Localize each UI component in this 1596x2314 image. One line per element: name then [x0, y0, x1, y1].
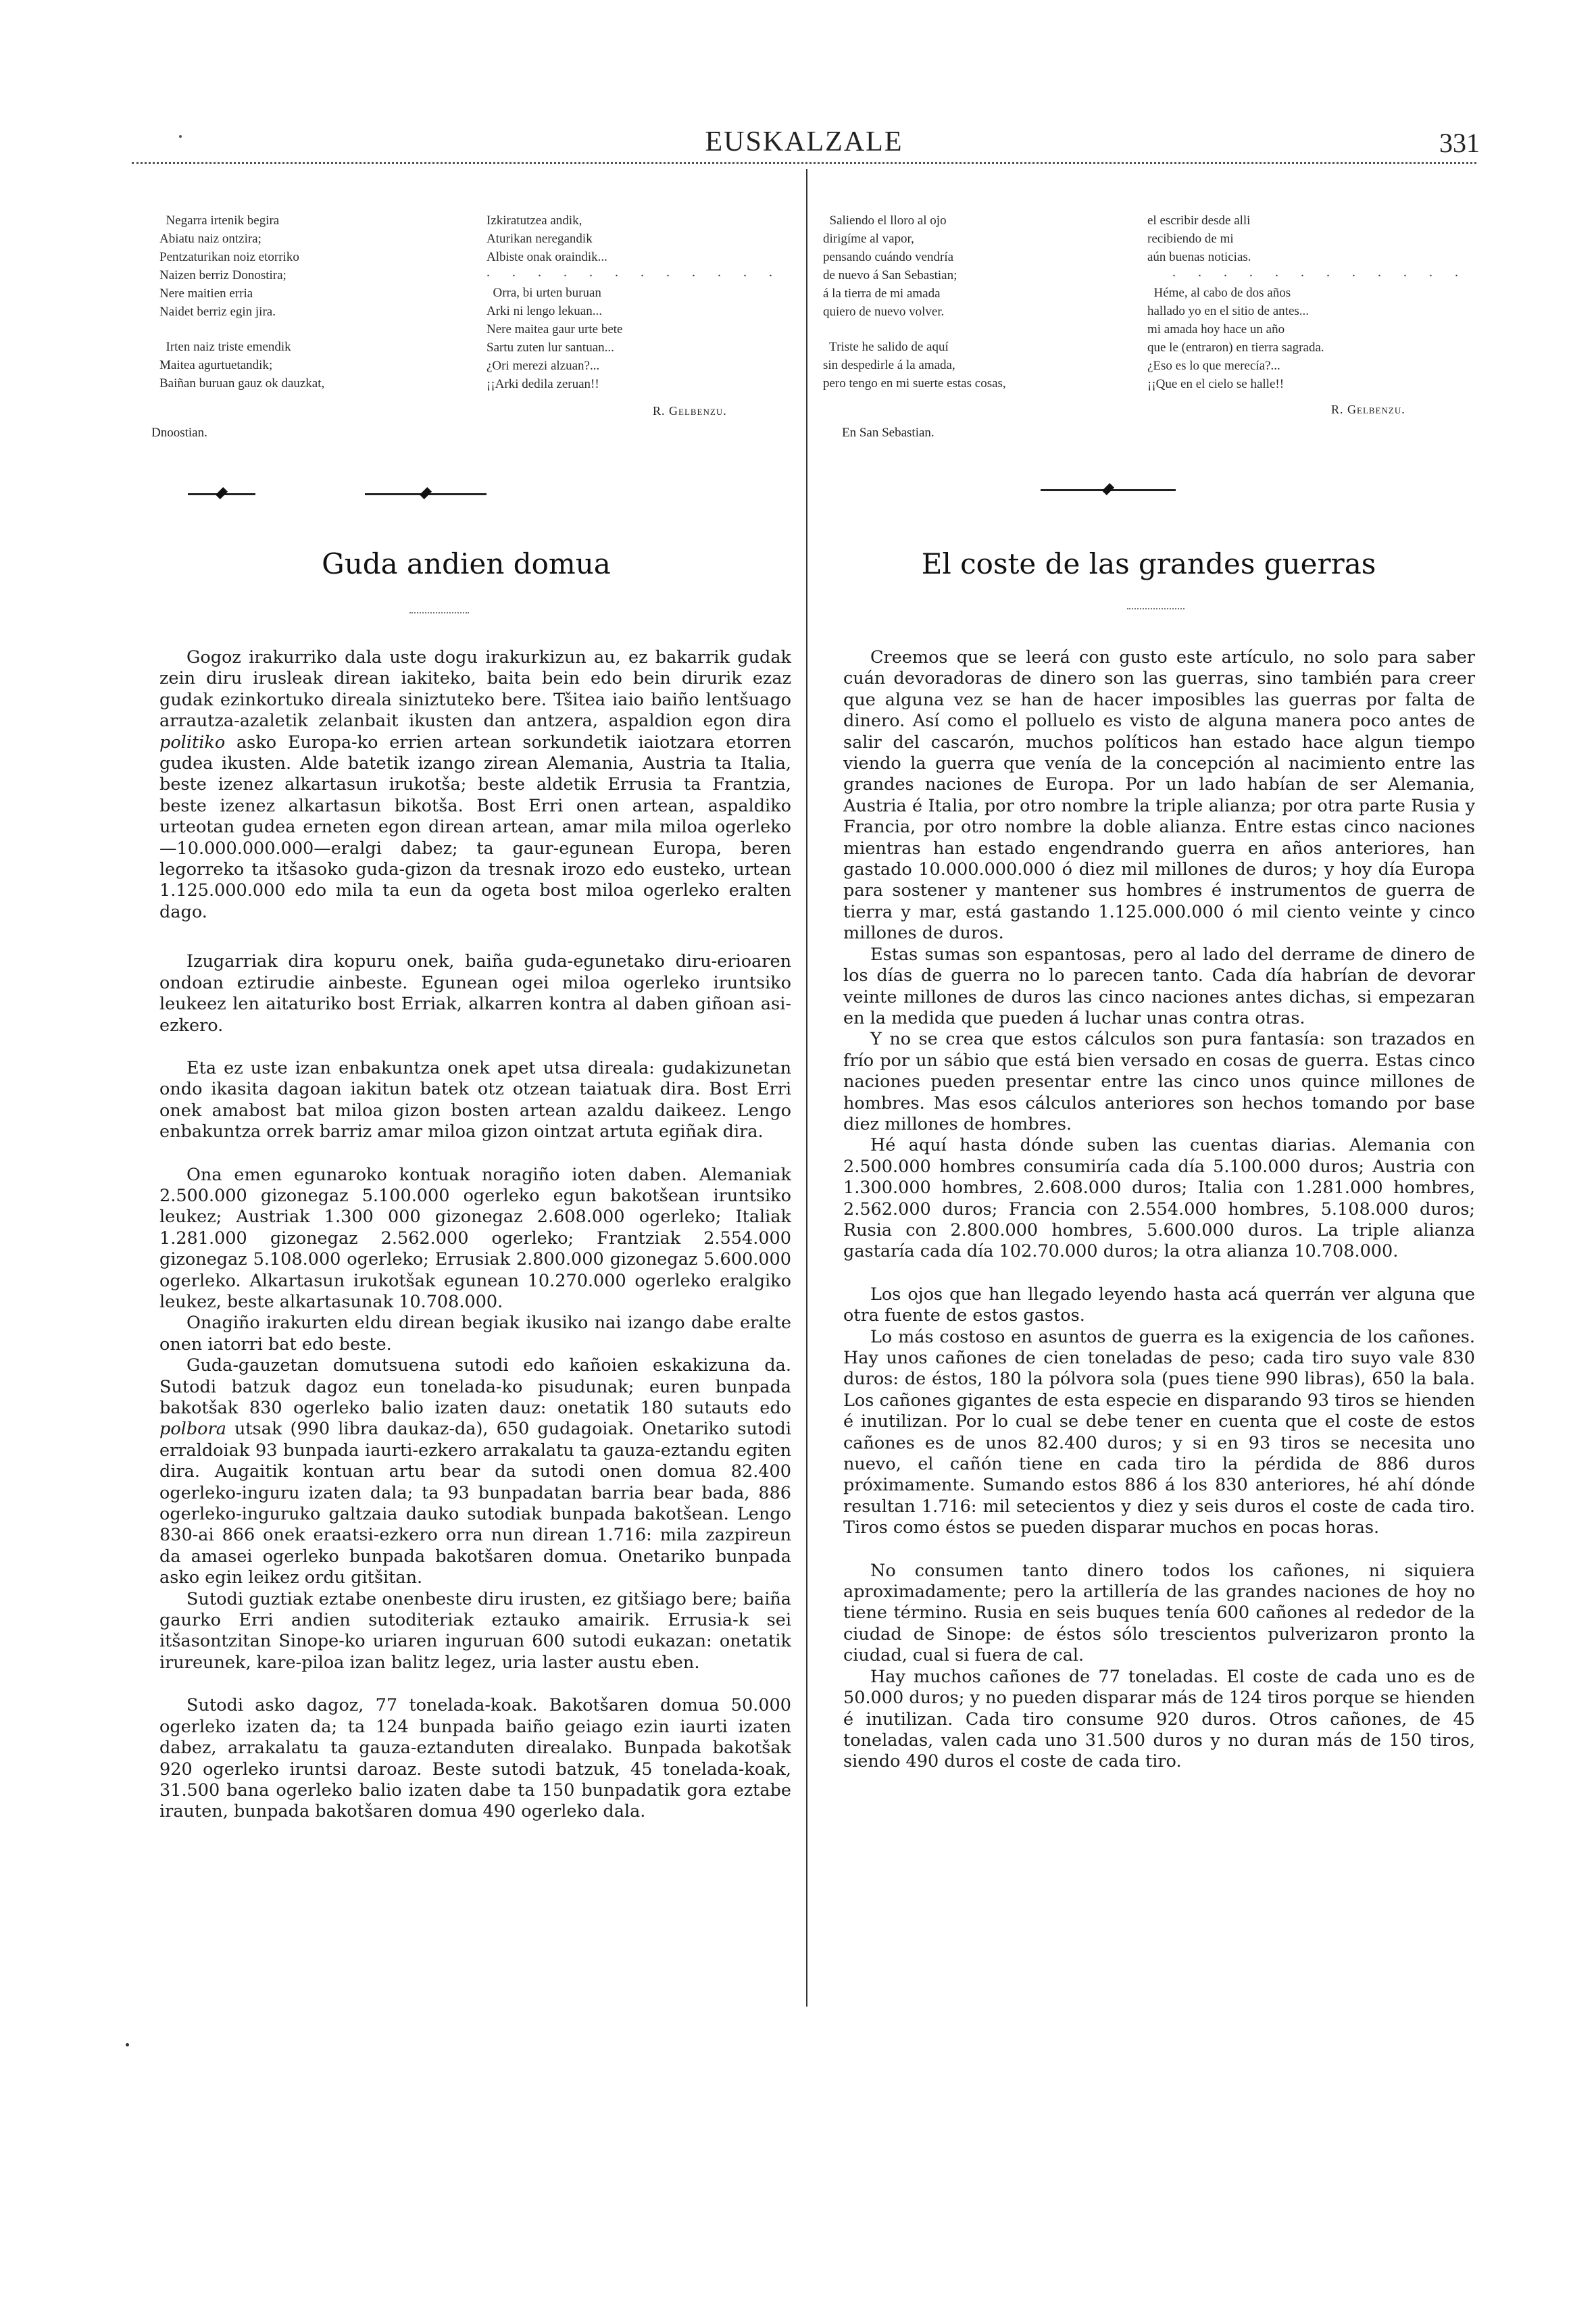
- basque-paragraph-6: Guda-gauzetan domutsuena sutodi edo kaño…: [159, 1355, 791, 1588]
- spanish-article-title: El coste de las grandes guerras: [824, 547, 1473, 580]
- basque-poem-signature: R. Gelbenzu.: [653, 404, 727, 418]
- spanish-paragraph-5: Los ojos que han llegado leyendo hasta a…: [843, 1284, 1475, 1327]
- basque-paragraph-4: Ona emen egunaroko kontuak noragiño iote…: [159, 1165, 791, 1313]
- italic-term: polbora: [159, 1419, 226, 1439]
- basque-paragraph-7: Sutodi guztiak eztabe onenbeste diru iru…: [159, 1589, 791, 1674]
- basque-paragraph-8: Sutodi asko dagoz, 77 tonelada-koak. Bak…: [159, 1695, 791, 1822]
- spanish-title-underline: [1127, 608, 1184, 609]
- spanish-paragraph-1: Creemos que se leerá con gusto este artí…: [843, 647, 1475, 945]
- basque-poem-stanza-4: Orra, bi urten buruan Arki ni lengo leku…: [487, 284, 623, 393]
- page-number: 331: [1439, 127, 1480, 159]
- spanish-paragraph-8: Hay muchos cañones de 77 toneladas. El c…: [843, 1667, 1475, 1773]
- publication-title: EUSKALZALE: [676, 126, 932, 158]
- spanish-paragraph-3: Y no se crea que estos cálculos son pura…: [843, 1029, 1475, 1135]
- header-rule: [132, 162, 1476, 164]
- basque-poem-ellipsis: . . . . . . . . . . . .: [487, 265, 782, 280]
- spanish-poem-stanza-1: Saliendo el lloro al ojo dirigíme al vap…: [823, 211, 957, 321]
- basque-poem-stanza-3: Izkiratutzea andik, Aturikan neregandik …: [487, 211, 607, 266]
- basque-paragraph-5: Onagiño irakurten eldu direan begiak iku…: [159, 1313, 791, 1355]
- basque-title-underline: [409, 612, 469, 613]
- basque-poem-stanza-1: Negarra irtenik begira Abiatu naiz ontzi…: [159, 211, 299, 321]
- basque-poem-stanza-2: Irten naiz triste emendik Maitea agurtue…: [159, 338, 324, 393]
- basque-poem-place: Dnoostian.: [151, 426, 207, 441]
- spanish-paragraph-6: Lo más costoso en asuntos de guerra es l…: [843, 1327, 1475, 1539]
- spanish-poem-signature: R. Gelbenzu.: [1331, 403, 1405, 417]
- basque-paragraph-2: Izugarriak dira kopuru onek, baiña guda-…: [159, 951, 791, 1036]
- section-ornament-left: [188, 489, 255, 499]
- column-divider: [806, 169, 807, 2007]
- header-dot-ornament: [179, 135, 182, 138]
- basque-paragraph-1: Gogoz irakurriko dala uste dogu irakurki…: [159, 647, 791, 923]
- spanish-poem-stanza-3: el escribir desde alli recibiendo de mi …: [1147, 211, 1251, 266]
- basque-article-title: Guda andien domua: [162, 547, 770, 580]
- spanish-poem-stanza-2: Triste he salido de aquí sin despedirle …: [823, 338, 1006, 393]
- spanish-poem-stanza-4: Héme, al cabo de dos años hallado yo en …: [1147, 284, 1324, 393]
- margin-dot: [126, 2043, 129, 2046]
- basque-paragraph-3: Eta ez uste izan enbakuntza onek apet ut…: [159, 1058, 791, 1143]
- spanish-article-body: Creemos que se leerá con gusto este artí…: [843, 647, 1475, 1773]
- spanish-paragraph-4: Hé aquí hasta dónde suben las cuentas di…: [843, 1135, 1475, 1262]
- spanish-paragraph-2: Estas sumas son espantosas, pero al lado…: [843, 945, 1475, 1030]
- spanish-poem-ellipsis: . . . . . . . . . . . .: [1172, 265, 1468, 280]
- section-ornament-right: [1041, 485, 1176, 495]
- italic-term: politiko: [159, 732, 225, 753]
- spanish-paragraph-7: No consumen tanto dinero todos los cañon…: [843, 1561, 1475, 1667]
- basque-article-body: Gogoz irakurriko dala uste dogu irakurki…: [159, 647, 791, 1823]
- section-ornament-left-wide: [365, 489, 487, 499]
- spanish-poem-place: En San Sebastian.: [842, 426, 934, 441]
